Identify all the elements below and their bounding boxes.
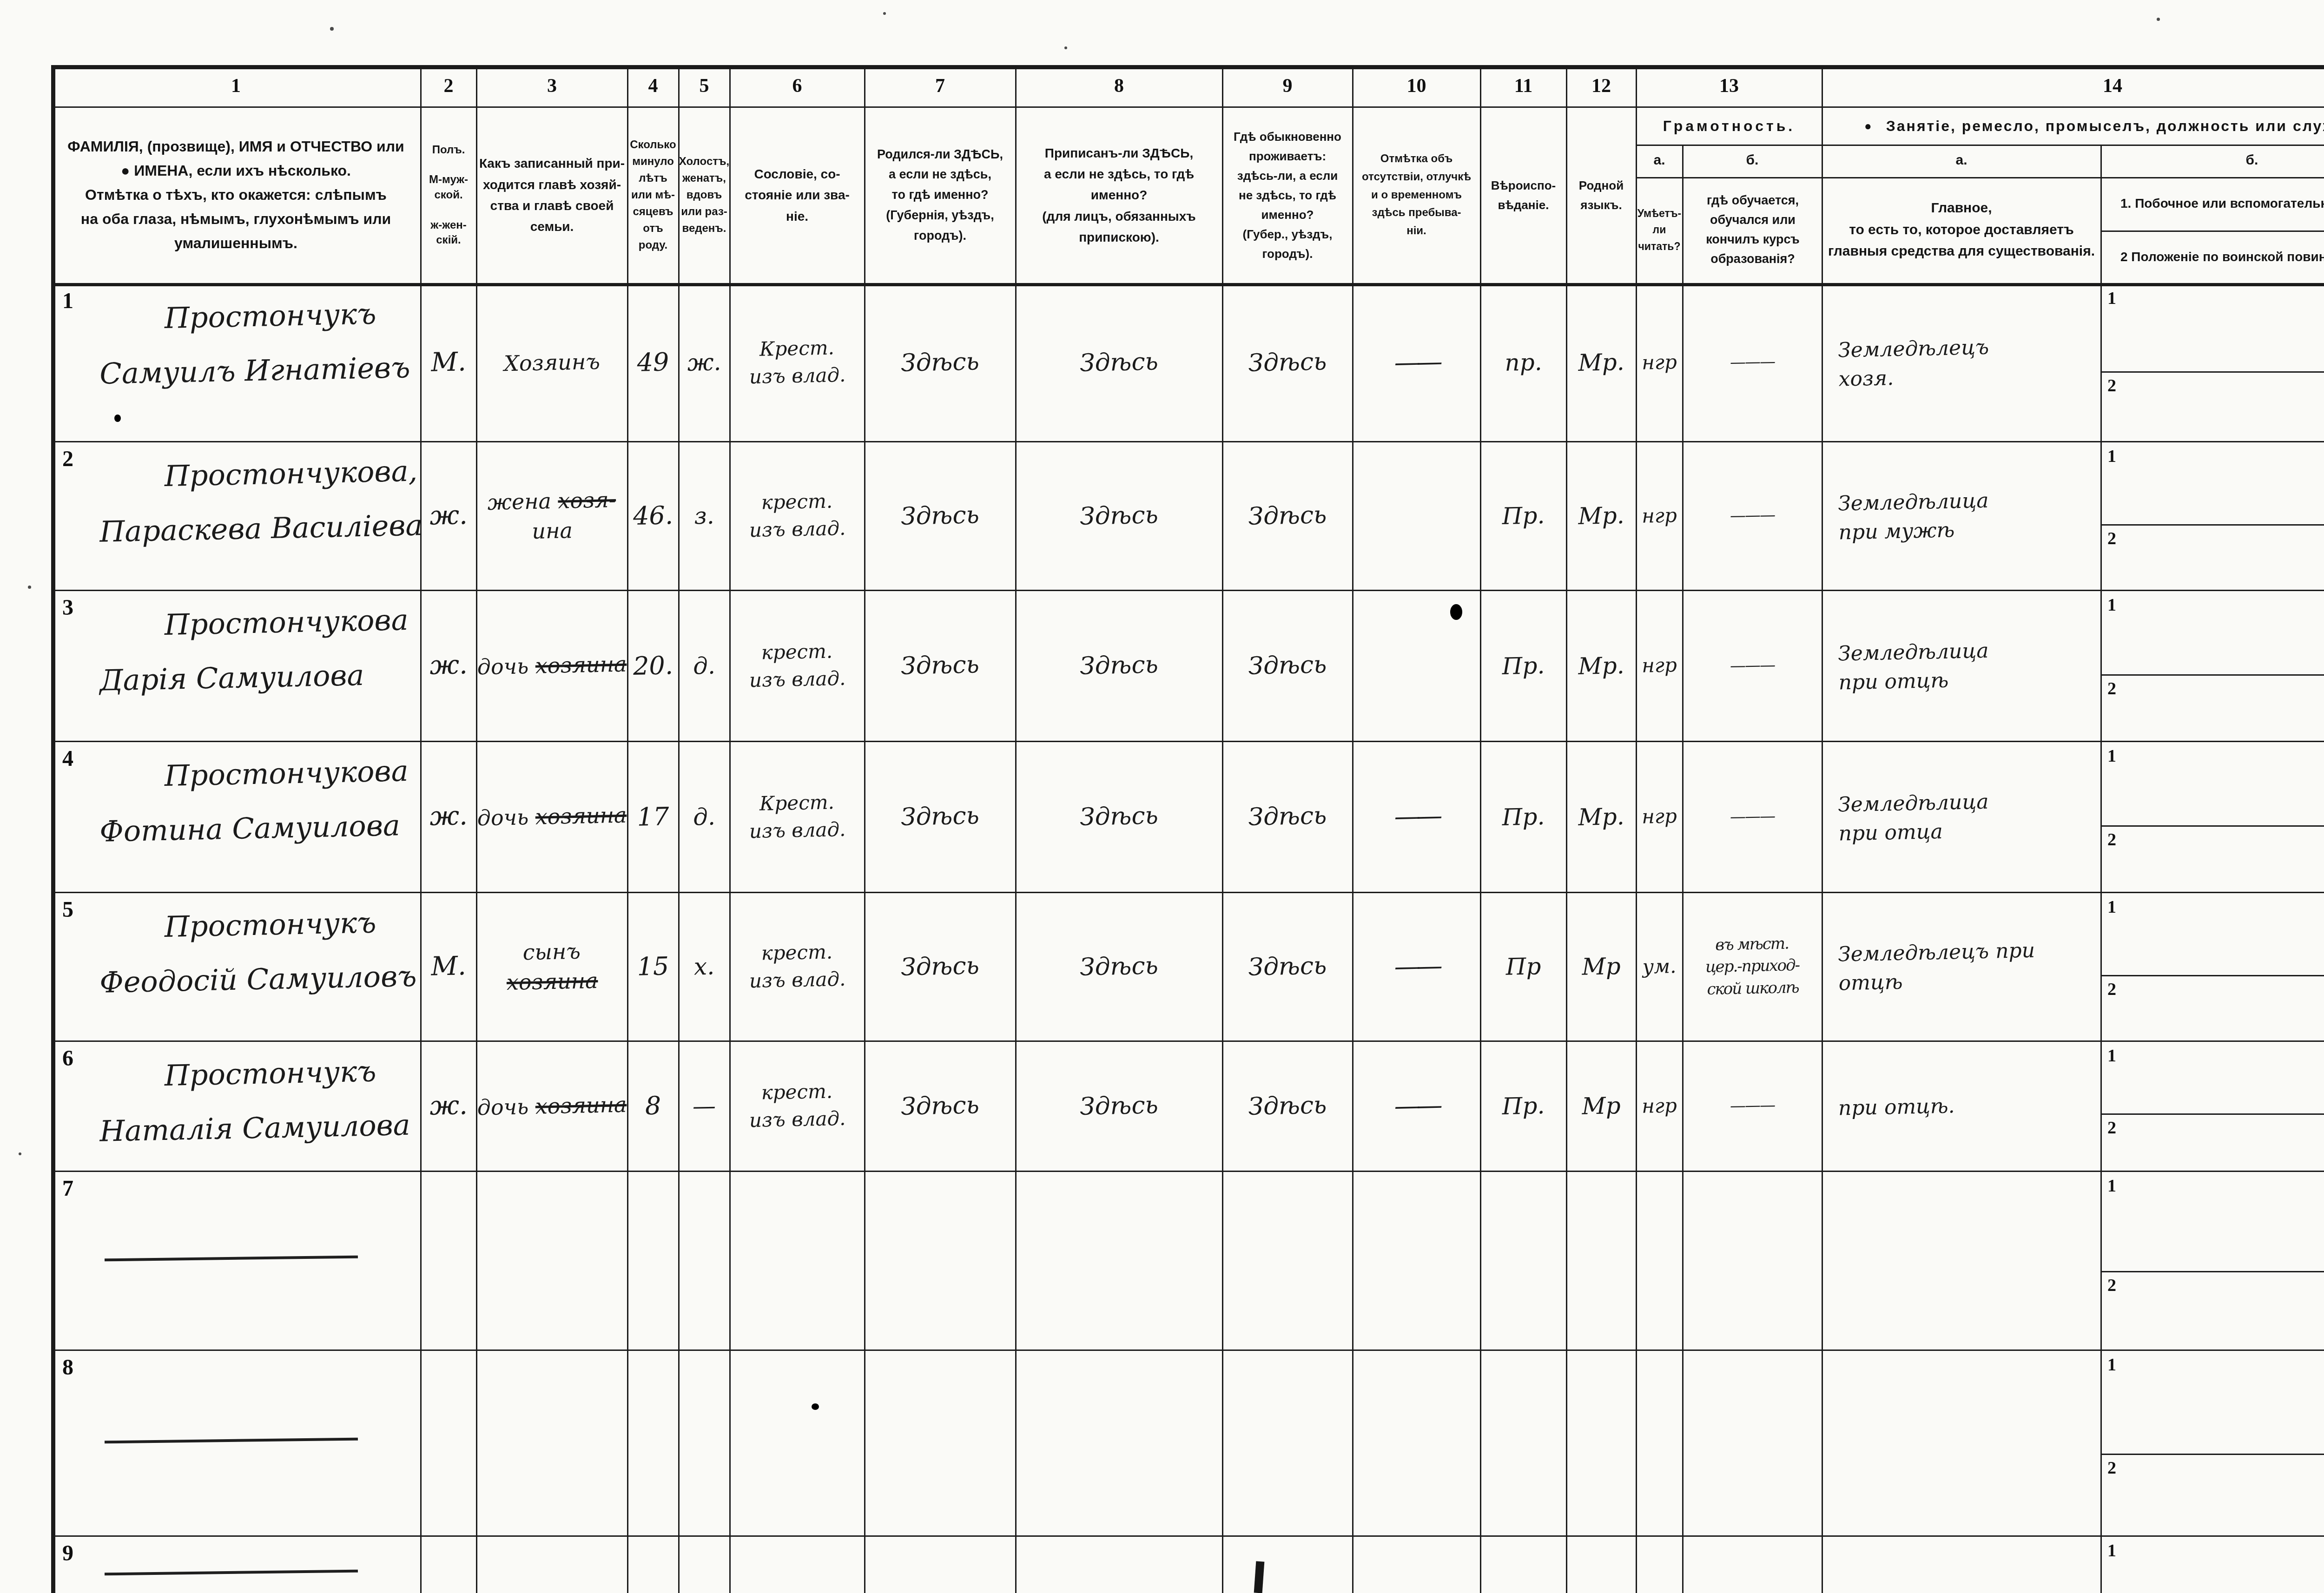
empty-entry-line [105,1438,358,1444]
cell-name: ПростончуковаФотина Самуилова [94,751,408,852]
cell-absence: —— [1351,740,1482,894]
cell-sex: М. [419,283,478,442]
cell-name: ПростончукъСамуилъ Игнатіевъ [94,293,408,395]
header-absence: Отмѣтка объ отсутствіи, отлучкѣ и о врем… [1355,108,1478,283]
cell-sex: ж. [419,1040,478,1172]
cell-age: 17 [626,741,680,893]
cell-relation: жена хозя-ина [475,440,629,592]
cell-sex: ж. [419,590,478,742]
name-line: Самуилъ Игнатіевъ [99,348,408,395]
relation-word: Хозяинъ [504,349,601,376]
cell-literacy: нгр [1634,283,1684,442]
cell-faith: Пр. [1479,740,1568,893]
census-sheet: 1 2 3 4 5 6 7 8 9 10 11 12 13 14 ФАМИЛІЯ… [0,0,2324,1593]
cell-estate: крест. изъ влад. [728,440,866,592]
paper-speck [330,27,334,31]
cell-resides: Здѣсь [1221,891,1354,1042]
column-number-9: 9 [1222,65,1353,107]
rosette-icon: ● [1864,119,1873,133]
header-occupation-b-label: б. [2101,145,2324,176]
grid-line-horizontal [1636,177,2324,178]
cell-estate: Крест. изъ влад. [728,740,866,894]
cell-language: Мр. [1565,589,1638,742]
cell-school: ——— [1681,440,1824,592]
cell-language: Мр [1565,1040,1637,1172]
empty-entry-line [105,1255,358,1261]
header-literacy-b-label: б. [1683,145,1822,176]
relation-word: хозяина [535,652,627,678]
table-row: 3ПростончуковаДарія Самуиловадочь хозяин… [51,590,2324,741]
cell-occupation: Земледѣлица при мужѣ [1821,439,2103,593]
header-occupation-a-label: а. [1822,145,2101,176]
column-number-6: 6 [730,65,865,107]
cell-name: ПростончуковаДарія Самуилова [94,600,408,701]
cell-faith: Пр. [1479,589,1568,742]
cell-absence: —— [1351,282,1482,443]
cell-registered: Здѣсь [1014,281,1224,443]
name-line: Простончукъ [164,1051,407,1096]
cell-literacy: нгр [1635,741,1684,893]
cell-occupation: Земледѣлица при отца [1821,738,2103,895]
cell-absence [1351,589,1482,743]
cell-estate: крест. изъ влад. [728,1040,866,1172]
cell-born: Здѣсь [863,589,1017,743]
cell-registered: Здѣсь [1014,588,1224,743]
row-number: 4 [62,746,73,771]
paper-speck [2157,18,2160,21]
relation-word: дочь [477,653,535,680]
column-number-8: 8 [1016,65,1222,107]
name-line: Фотина Самуилова [99,805,408,852]
cell-language: Мр. [1565,740,1638,893]
relation-word: хозяина [535,1092,627,1119]
cell-literacy: ум. [1635,892,1684,1041]
cell-occupation: Земледѣлица при отцѣ [1821,587,2103,744]
cell-estate: Крест. изъ влад. [728,282,866,443]
cell-marital: з. [677,441,732,591]
header-age: Сколько минуло лѣтъ или мѣ- сяцевъ отъ р… [628,108,678,283]
cell-resides: Здѣсь [1221,1040,1354,1172]
table-row: 8 [51,1350,2324,1536]
cell-occupation: при отцѣ. [1821,1038,2102,1174]
header-birthplace: Родился-ли ЗДѢСЬ, а если не здѣсь, то гд… [867,108,1013,283]
empty-entry-line [105,1570,358,1576]
cell-relation: дочь хозяина [475,589,629,743]
header-sex: Полъ. М-муж- ской. ж-жен- скій. [422,108,475,283]
column-number-11: 11 [1480,65,1566,107]
row-number: 8 [62,1355,73,1380]
cell-language: Мр. [1565,283,1637,442]
cell-occupation: Земледѣлецъ хозя. [1821,281,2103,444]
cell-school: въ мѣст. цер.-приход- ской школѣ [1681,891,1824,1042]
cell-relation: сынъ хозяина [475,891,629,1043]
grid-line-horizontal [2101,230,2324,232]
table-row: 2Простончукова,Параскева Василіеважена х… [51,441,2324,590]
name-line: Феодосій Самуиловъ [99,956,408,1003]
cell-absence: —— [1351,891,1482,1042]
cell-name: Простончукова,Параскева Василіева [94,451,408,553]
header-occupation-side: 1. Побочное или вспомогательное. [2101,178,2324,229]
column-number-2: 2 [421,65,476,107]
table-row: 5ПростончукъФеодосій Самуиловъсынъ хозяи… [51,892,2324,1041]
cell-age: 49 [626,283,680,442]
header-estate: Сословіе, со- стояніе или зва- ніе. [732,108,862,283]
cell-registered: Здѣсь [1014,1039,1224,1173]
column-number-7: 7 [865,65,1016,107]
column-number-1: 1 [51,65,421,107]
cell-born: Здѣсь [863,282,1017,443]
cell-occupation: Земледѣлецъ при отцѣ [1821,889,2103,1044]
column-number-10: 10 [1353,65,1480,107]
cell-relation: дочь хозяина [475,740,629,894]
cell-born: Здѣсь [863,740,1017,894]
name-line: Простончукова, [164,451,407,497]
header-literacy-b: гдѣ обучается, обучался или кончилъ курс… [1685,178,1821,283]
grid-line-horizontal [1636,145,2324,146]
name-line: Дарія Самуилова [99,654,408,701]
relation-word: хозяина [535,803,627,829]
row-number: 3 [62,595,73,620]
cell-relation: Хозяинъ [475,282,629,443]
header-registration: Приписанъ-ли ЗДѢСЬ, а если не здѣсь, то … [1018,108,1220,283]
table-top-border [51,65,2324,69]
header-literacy-group: Грамотность. [1636,108,1822,144]
table-row: 4ПростончуковаФотина Самуиловадочь хозяи… [51,741,2324,892]
cell-registered: Здѣсь [1014,890,1224,1043]
ink-blot [114,415,121,422]
name-line: Простончукъ [164,293,407,339]
relation-word: дочь [477,804,535,831]
table-row: 9 [51,1536,2324,1593]
cell-faith: пр. [1479,283,1568,442]
row-number: 7 [62,1176,73,1201]
ink-blot [1450,604,1462,620]
cell-faith: Пр. [1479,1040,1568,1172]
row-number: 5 [62,897,73,922]
cell-age: 20. [626,590,680,742]
cell-marital: — [677,1040,731,1172]
cell-absence: —— [1351,1040,1482,1172]
column-number-5: 5 [679,65,730,107]
header-marital: Холостъ, женатъ, вдовъ или раз- веденъ. [680,108,729,283]
cell-school: ——— [1681,282,1823,443]
cell-name: ПростончукъФеодосій Самуиловъ [94,902,408,1003]
header-residence: Гдѣ обыкновенно проживаетъ: здѣсь-ли, а … [1225,108,1350,283]
cell-estate: крест. изъ влад. [728,891,866,1042]
cell-language: Мр [1565,891,1638,1041]
cell-age: 8 [626,1040,680,1172]
name-line: Наталія Самуилова [99,1105,408,1152]
relation-word: сынъ [522,938,581,965]
cell-language: Мр. [1565,441,1638,591]
relation-word: хозя- [558,487,616,513]
header-faith: Вѣроиспо- вѣданіе. [1483,108,1564,283]
table-row: 1ПростончукъСамуилъ ИгнатіевъХозяинъМ.49… [51,283,2324,441]
header-literacy-a: Умѣетъ- ли читать? [1636,178,1683,283]
cell-resides: Здѣсь [1221,589,1354,743]
cell-sex: ж. [419,441,478,591]
cell-absence [1351,440,1482,592]
cell-school: ——— [1681,1040,1823,1172]
table-row: 7 [51,1171,2324,1350]
paper-speck [28,586,31,589]
name-line: Параскева Василіева [99,506,408,553]
name-line: Простончукова [164,751,407,796]
header-literacy-a-label: а. [1636,145,1683,176]
row-number: 1 [62,288,73,314]
cell-registered: Здѣсь [1014,739,1224,894]
cell-age: 15 [626,892,680,1041]
paper-speck [19,1152,21,1155]
cell-marital: ж. [677,283,731,442]
column-number-3: 3 [476,65,627,107]
relation-word: хозяина [506,968,598,995]
cell-resides: Здѣсь [1221,740,1354,894]
name-line: Простончукъ [164,902,407,948]
cell-born: Здѣсь [863,1040,1017,1173]
cell-marital: д. [677,590,732,742]
cell-literacy: нгр [1635,590,1684,742]
paper-speck [1064,46,1067,49]
column-number-14: 14 [1822,65,2324,107]
grid-line-horizontal [51,106,2324,108]
row-number: 9 [62,1540,73,1566]
header-occupation-military: 2 Положеніе по воинской повинности. [2101,231,2324,283]
name-line: Простончукова [164,600,407,645]
header-occupation-group-label: Занятіе, ремесло, промыселъ, должность и… [1886,118,2324,135]
relation-word: ина [532,518,573,544]
cell-sex: М. [419,892,478,1041]
cell-school: ——— [1681,740,1824,894]
cell-born: Здѣсь [863,440,1017,592]
header-relation: Какъ записанный при- ходится главѣ хозяй… [479,108,625,283]
cell-age: 46. [626,441,680,591]
header-occupation-main: Главное, то есть то, которое доставляетъ… [1824,178,2099,283]
cell-sex: ж. [419,741,478,893]
cell-estate: крест. изъ влад. [728,589,866,743]
cell-relation: дочь хозяина [475,1040,629,1173]
column-number-4: 4 [627,65,679,107]
relation-word: дочь [477,1094,535,1120]
cell-born: Здѣсь [863,891,1017,1043]
row-number: 2 [62,446,73,472]
cell-name: ПростончукъНаталія Самуилова [94,1051,408,1152]
cell-resides: Здѣсь [1221,282,1354,443]
column-number-12: 12 [1566,65,1636,107]
census-table: 1 2 3 4 5 6 7 8 9 10 11 12 13 14 ФАМИЛІЯ… [51,65,2324,1593]
paper-speck [883,12,886,15]
ink-blot [812,1403,819,1410]
header-occupation-group: ● Занятіе, ремесло, промыселъ, должность… [1822,108,2324,144]
header-surname: ФАМИЛІЯ, (прозвище), ИМЯ и ОТЧЕСТВО или … [55,108,417,283]
header-language: Родной языкъ. [1569,108,1634,283]
cell-school: ——— [1681,589,1824,743]
cell-marital: х. [677,892,732,1041]
cell-literacy: нгр [1635,441,1684,591]
cell-literacy: нгр [1635,1040,1684,1172]
row-number: 6 [62,1046,73,1071]
cell-faith: Пр. [1479,441,1568,591]
table-row: 6ПростончукъНаталія Самуиловадочь хозяин… [51,1041,2324,1171]
column-number-13: 13 [1636,65,1822,107]
cell-registered: Здѣсь [1014,439,1224,592]
relation-word: жена [487,488,558,514]
cell-marital: д. [677,741,732,893]
cell-faith: Пр [1479,891,1568,1042]
cell-resides: Здѣсь [1221,440,1354,592]
